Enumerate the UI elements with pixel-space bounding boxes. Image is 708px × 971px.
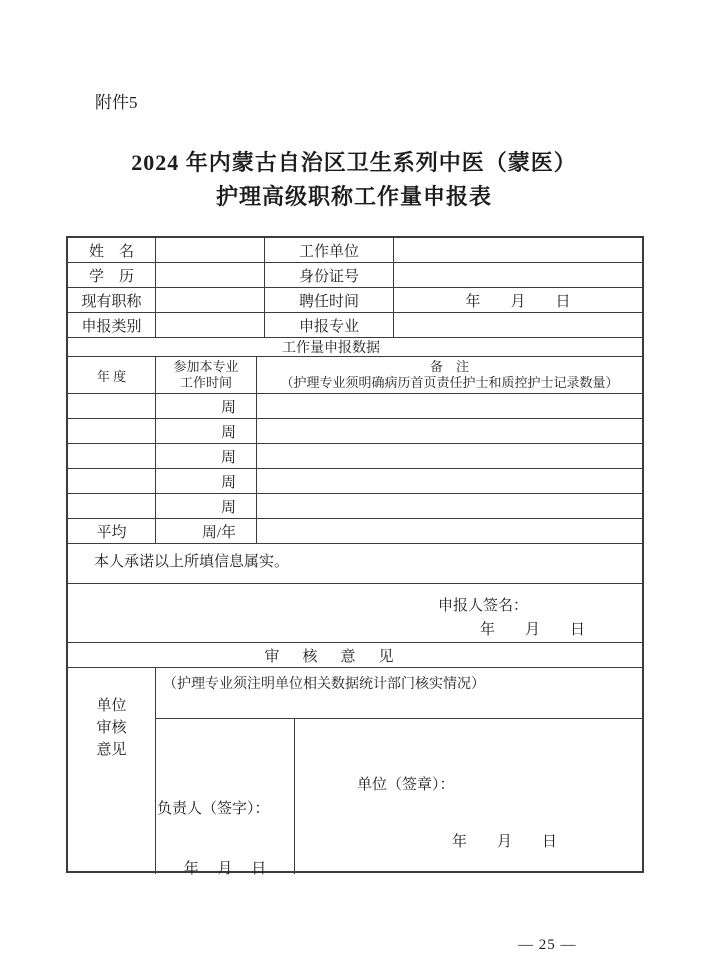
attachment-label: 附件5 xyxy=(95,88,138,113)
year-field xyxy=(68,419,156,443)
year-field xyxy=(68,494,156,518)
applicant-signature-row: 申报人签名： 年 月 日 xyxy=(68,584,642,643)
unit-review-block: 单位 审核 意见 （护理专业须注明单位相关数据统计部门核实情况） 负责人（签字）… xyxy=(68,668,642,874)
id-number-label: 身份证号 xyxy=(265,263,394,287)
info-row-name: 姓 名 工作单位 xyxy=(68,238,642,263)
form-title-line2: 护理高级职称工作量申报表 xyxy=(0,180,708,214)
remark-field xyxy=(257,469,642,493)
average-remark-field xyxy=(257,519,642,543)
year-field xyxy=(68,469,156,493)
unit-review-content: （护理专业须注明单位相关数据统计部门核实情况） 负责人（签字）： 年 月 日 单… xyxy=(156,668,642,874)
current-title-label: 现有职称 xyxy=(68,288,156,312)
promise-row: 本人承诺以上所填信息属实。 xyxy=(68,544,642,584)
worktime-column-header: 参加本专业 工作时间 xyxy=(156,357,257,393)
average-unit-label: 周/年 xyxy=(156,519,257,543)
responsible-signature-label: 负责人（签字）： xyxy=(157,797,270,818)
remark-field xyxy=(257,394,642,418)
average-label: 平均 xyxy=(68,519,156,543)
workload-row-2: 周 xyxy=(68,419,642,444)
year-field xyxy=(68,394,156,418)
education-field xyxy=(156,263,265,287)
responsible-signature-cell: 负责人（签字）： 年 月 日 xyxy=(156,719,295,874)
workload-header-row: 年 度 参加本专业 工作时间 备 注 （护理专业须明确病历首页责任护士和质控护士… xyxy=(68,357,642,394)
remark-field xyxy=(257,419,642,443)
unit-seal-date: 年 月 日 xyxy=(452,830,557,851)
workload-row-4: 周 xyxy=(68,469,642,494)
id-number-field xyxy=(394,263,642,287)
document-page: 附件5 2024 年内蒙古自治区卫生系列中医（蒙医） 护理高级职称工作量申报表 … xyxy=(0,0,708,971)
week-unit-label: 周 xyxy=(156,444,257,468)
worktime-header-line2: 工作时间 xyxy=(180,375,232,391)
unit-review-label-line3: 意见 xyxy=(96,739,126,761)
info-row-education: 学 历 身份证号 xyxy=(68,263,642,288)
unit-review-signatures: 负责人（签字）： 年 月 日 单位（签章）： 年 月 日 xyxy=(156,719,642,874)
apply-category-field xyxy=(156,313,265,337)
workload-row-5: 周 xyxy=(68,494,642,519)
work-unit-field xyxy=(394,238,642,262)
remark-field xyxy=(257,494,642,518)
current-title-field xyxy=(156,288,265,312)
unit-review-label-line2: 审核 xyxy=(96,717,126,739)
applicant-signature-cell: 申报人签名： 年 月 日 xyxy=(68,584,642,642)
week-unit-label: 周 xyxy=(156,494,257,518)
week-unit-label: 周 xyxy=(156,469,257,493)
worktime-header-line1: 参加本专业 xyxy=(173,359,238,375)
workload-row-1: 周 xyxy=(68,394,642,419)
unit-review-note: （护理专业须注明单位相关数据统计部门核实情况） xyxy=(156,668,642,719)
apply-specialty-label: 申报专业 xyxy=(265,313,394,337)
work-unit-label: 工作单位 xyxy=(265,238,394,262)
info-row-title: 现有职称 聘任时间 年 月 日 xyxy=(68,288,642,313)
unit-seal-label: 单位（签章）： xyxy=(357,773,455,794)
unit-review-label: 单位 审核 意见 xyxy=(68,668,156,874)
workload-average-row: 平均 周/年 xyxy=(68,519,642,544)
workload-row-3: 周 xyxy=(68,444,642,469)
responsible-signature-date: 年 月 日 xyxy=(156,857,294,878)
info-row-category: 申报类别 申报专业 xyxy=(68,313,642,338)
page-number: — 25 — xyxy=(518,937,577,954)
apply-specialty-field xyxy=(394,313,642,337)
unit-review-label-line1: 单位 xyxy=(96,695,126,717)
week-unit-label: 周 xyxy=(156,394,257,418)
applicant-signature-date: 年 月 日 xyxy=(480,618,585,642)
hire-time-label: 聘任时间 xyxy=(265,288,394,312)
remark-field xyxy=(257,444,642,468)
unit-seal-cell: 单位（签章）： 年 月 日 xyxy=(295,719,642,874)
week-unit-label: 周 xyxy=(156,419,257,443)
form-title: 2024 年内蒙古自治区卫生系列中医（蒙医） 护理高级职称工作量申报表 xyxy=(0,146,708,214)
applicant-signature-label: 申报人签名： xyxy=(438,594,528,618)
application-form-table: 姓 名 工作单位 学 历 身份证号 现有职称 聘任时间 年 月 日 申报类别 申… xyxy=(66,236,644,873)
promise-text: 本人承诺以上所填信息属实。 xyxy=(68,544,642,571)
remark-header-line2: （护理专业须明确病历首页责任护士和质控护士记录数量） xyxy=(280,375,618,391)
form-title-line1: 2024 年内蒙古自治区卫生系列中医（蒙医） xyxy=(0,146,708,180)
remark-column-header: 备 注 （护理专业须明确病历首页责任护士和质控护士记录数量） xyxy=(257,357,642,393)
remark-header-line1: 备 注 xyxy=(430,359,469,375)
name-label: 姓 名 xyxy=(68,238,156,262)
name-field xyxy=(156,238,265,262)
workload-section-title: 工作量申报数据 xyxy=(68,338,642,357)
review-section-title: 审 核 意 见 xyxy=(68,643,642,668)
year-field xyxy=(68,444,156,468)
education-label: 学 历 xyxy=(68,263,156,287)
apply-category-label: 申报类别 xyxy=(68,313,156,337)
year-column-header: 年 度 xyxy=(68,357,156,393)
hire-time-date-field: 年 月 日 xyxy=(394,288,642,312)
